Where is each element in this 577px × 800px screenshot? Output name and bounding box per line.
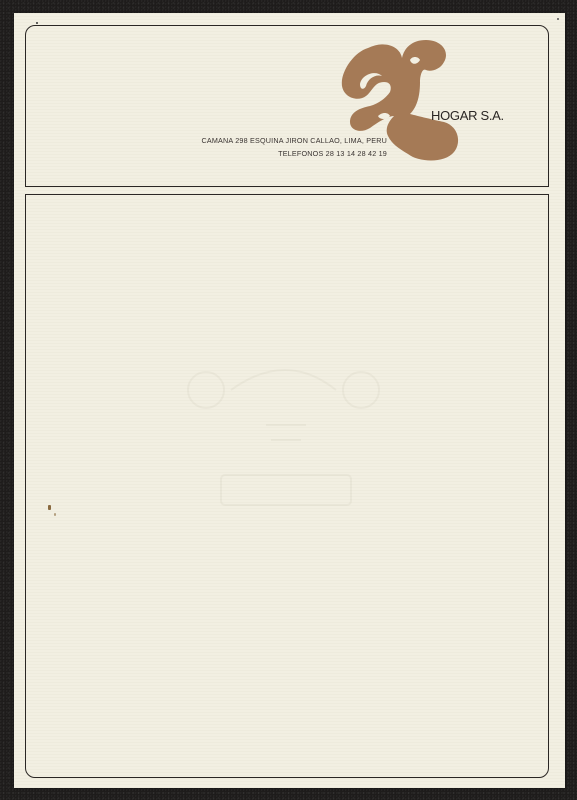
letterhead-page: HOGAR S.A. CAMANA 298 ESQUINA JIRON CALL… — [14, 13, 565, 788]
letter-body-frame — [25, 194, 549, 778]
paper-blemish — [557, 18, 559, 20]
header-frame: HOGAR S.A. CAMANA 298 ESQUINA JIRON CALL… — [25, 25, 549, 187]
company-name: HOGAR S.A. — [431, 108, 504, 123]
address-line: CAMANA 298 ESQUINA JIRON CALLAO, LIMA, P… — [201, 134, 387, 147]
company-address: CAMANA 298 ESQUINA JIRON CALLAO, LIMA, P… — [201, 134, 387, 160]
paper-blemish — [48, 505, 51, 510]
phone-line: TELEFONOS 28 13 14 28 42 19 — [201, 147, 387, 160]
watermark-ornament-icon — [151, 345, 421, 525]
paper-blemish — [54, 513, 56, 516]
show-through-watermark — [151, 345, 421, 525]
paper-blemish — [36, 22, 38, 24]
